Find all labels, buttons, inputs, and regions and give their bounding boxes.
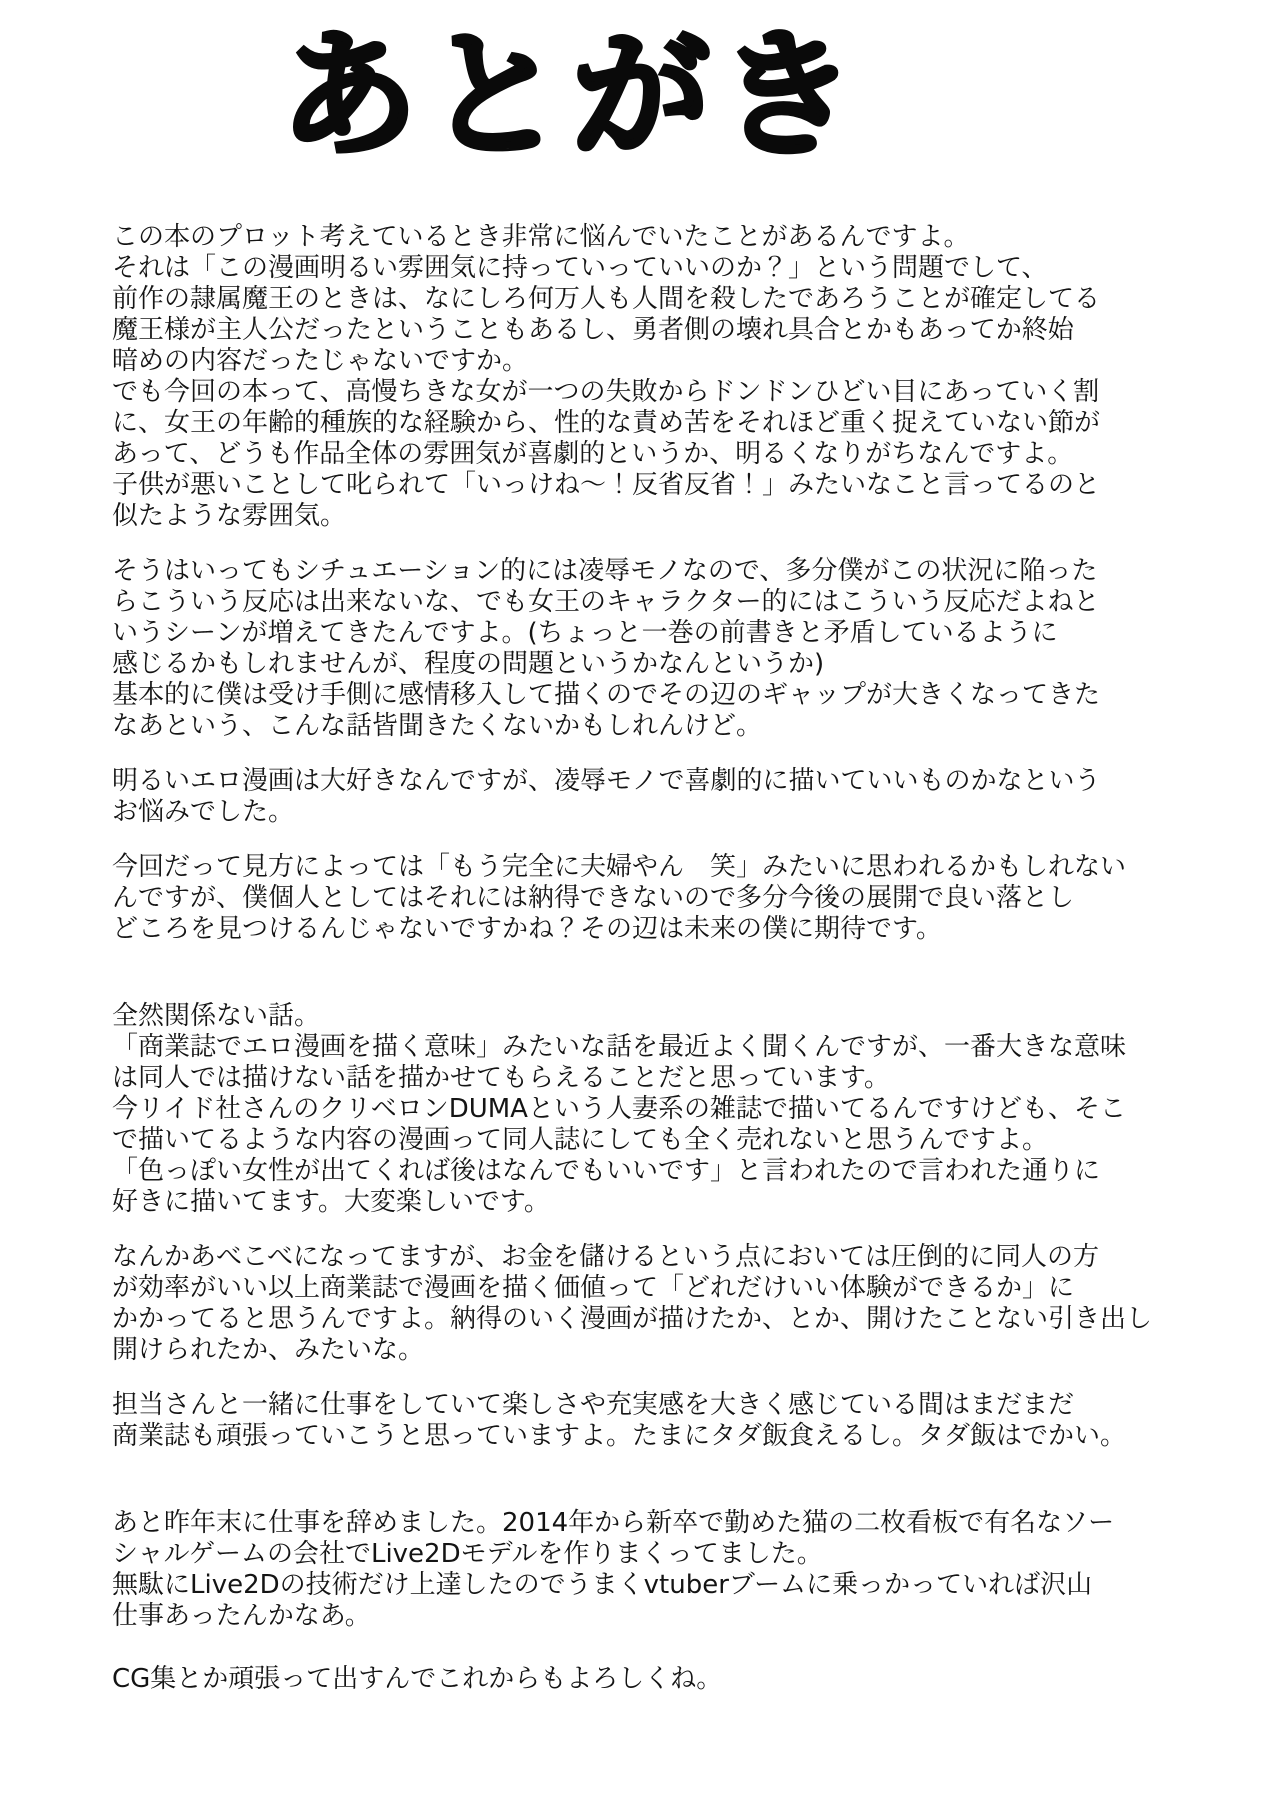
text-line: 今回だって見方によっては「もう完全に夫婦やん 笑」みたいに思われるかもしれない: [112, 852, 1176, 883]
text-line: 暗めの内容だったじゃないですか。: [112, 346, 1176, 377]
paragraph-7: 担当さんと一緒に仕事をしていて楽しさや充実感を大きく感じている間はまだまだ商業誌…: [112, 1390, 1176, 1452]
text-line: CG集とか頑張って出すんでこれからもよろしくね。: [112, 1664, 1176, 1695]
text-line: 基本的に僕は受け手側に感情移入して描くのでその辺のギャップが大きくなってきた: [112, 680, 1176, 711]
text-line: どころを見つけるんじゃないですかね？その辺は未来の僕に期待です。: [112, 914, 1176, 945]
text-line: らこういう反応は出来ないな、でも女王のキャラクター的にはこういう反応だよねと: [112, 587, 1176, 618]
text-line: 「色っぽい女性が出てくれば後はなんでもいいです」と言われたので言われた通りに: [112, 1156, 1176, 1187]
text-line: シャルゲームの会社でLive2Dモデルを作りまくってました。: [112, 1539, 1176, 1570]
text-line: 開けられたか、みたいな。: [112, 1335, 1176, 1366]
text-line: あって、どうも作品全体の雰囲気が喜劇的というか、明るくなりがちなんですよ。: [112, 439, 1176, 470]
text-line: 明るいエロ漫画は大好きなんですが、凌辱モノで喜劇的に描いていいものかなという: [112, 766, 1176, 797]
text-line: 仕事あったんかなあ。: [112, 1601, 1176, 1632]
text-line: 担当さんと一緒に仕事をしていて楽しさや充実感を大きく感じている間はまだまだ: [112, 1390, 1176, 1421]
text-line: 商業誌も頑張っていこうと思っていますよ。たまにタダ飯食えるし。タダ飯はでかい。: [112, 1421, 1176, 1452]
text-line: は同人では描けない話を描かせてもらえることだと思っています。: [112, 1063, 1176, 1094]
paragraph-4: 今回だって見方によっては「もう完全に夫婦やん 笑」みたいに思われるかもしれないん…: [112, 852, 1176, 945]
afterword-page: あとがき この本のプロット考えているとき非常に悩んでいたことがあるんですよ。それ…: [0, 0, 1280, 1807]
text-line: なんかあべこべになってますが、お金を儲けるという点においては圧倒的に同人の方: [112, 1242, 1176, 1273]
text-line: でも今回の本って、高慢ちきな女が一つの失敗からドンドンひどい目にあっていく割: [112, 377, 1176, 408]
paragraph-8: あと昨年末に仕事を辞めました。2014年から新卒で勤めた猫の二枚看板で有名なソー…: [112, 1508, 1176, 1632]
text-line: で描いてるような内容の漫画って同人誌にしても全く売れないと思うんですよ。: [112, 1125, 1176, 1156]
text-line: 無駄にLive2Dの技術だけ上達したのでうまくvtuberブームに乗っかっていれ…: [112, 1570, 1176, 1601]
text-line: かかってると思うんですよ。納得のいく漫画が描けたか、とか、開けたことない引き出し: [112, 1304, 1176, 1335]
text-line: この本のプロット考えているとき非常に悩んでいたことがあるんですよ。: [112, 222, 1176, 253]
text-line: に、女王の年齢的種族的な経験から、性的な責め苦をそれほど重く捉えていない節が: [112, 408, 1176, 439]
text-line: なあという、こんな話皆聞きたくないかもしれんけど。: [112, 711, 1176, 742]
paragraph-5: 全然関係ない話。「商業誌でエロ漫画を描く意味」みたいな話を最近よく聞くんですが、…: [112, 1001, 1176, 1218]
text-line: 前作の隷属魔王のときは、なにしろ何万人も人間を殺したであろうことが確定してる: [112, 284, 1176, 315]
text-line: そうはいってもシチュエーション的には凌辱モノなので、多分僕がこの状況に陥った: [112, 556, 1176, 587]
paragraph-3: 明るいエロ漫画は大好きなんですが、凌辱モノで喜劇的に描いていいものかなというお悩…: [112, 766, 1176, 828]
text-line: いうシーンが増えてきたんですよ。(ちょっと一巻の前書きと矛盾しているように: [112, 618, 1176, 649]
paragraph-6: なんかあべこべになってますが、お金を儲けるという点においては圧倒的に同人の方が効…: [112, 1242, 1176, 1366]
text-line: それは「この漫画明るい雰囲気に持っていっていいのか？」という問題でして、: [112, 253, 1176, 284]
text-line: 子供が悪いことして叱られて「いっけね～！反省反省！」みたいなこと言ってるのと: [112, 470, 1176, 501]
text-line: 好きに描いてます。大変楽しいです。: [112, 1187, 1176, 1218]
paragraph-2: そうはいってもシチュエーション的には凌辱モノなので、多分僕がこの状況に陥ったらこ…: [112, 556, 1176, 742]
text-line: 似たような雰囲気。: [112, 501, 1176, 532]
text-line: 「商業誌でエロ漫画を描く意味」みたいな話を最近よく聞くんですが、一番大きな意味: [112, 1032, 1176, 1063]
text-line: お悩みでした。: [112, 797, 1176, 828]
text-line: が効率がいい以上商業誌で漫画を描く価値って「どれだけいい体験ができるか」に: [112, 1273, 1176, 1304]
paragraph-1: この本のプロット考えているとき非常に悩んでいたことがあるんですよ。それは「この漫…: [112, 222, 1176, 532]
paragraph-9: CG集とか頑張って出すんでこれからもよろしくね。: [112, 1664, 1176, 1695]
page-title: あとがき: [280, 16, 864, 176]
text-line: んですが、僕個人としてはそれには納得できないので多分今後の展開で良い落とし: [112, 883, 1176, 914]
text-line: あと昨年末に仕事を辞めました。2014年から新卒で勤めた猫の二枚看板で有名なソー: [112, 1508, 1176, 1539]
text-line: 全然関係ない話。: [112, 1001, 1176, 1032]
text-line: 今リイド社さんのクリベロンDUMAという人妻系の雑誌で描いてるんですけども、そこ: [112, 1094, 1176, 1125]
text-line: 感じるかもしれませんが、程度の問題というかなんというか): [112, 649, 1176, 680]
afterword-body: この本のプロット考えているとき非常に悩んでいたことがあるんですよ。それは「この漫…: [112, 222, 1176, 1719]
text-line: 魔王様が主人公だったということもあるし、勇者側の壊れ具合とかもあってか終始: [112, 315, 1176, 346]
